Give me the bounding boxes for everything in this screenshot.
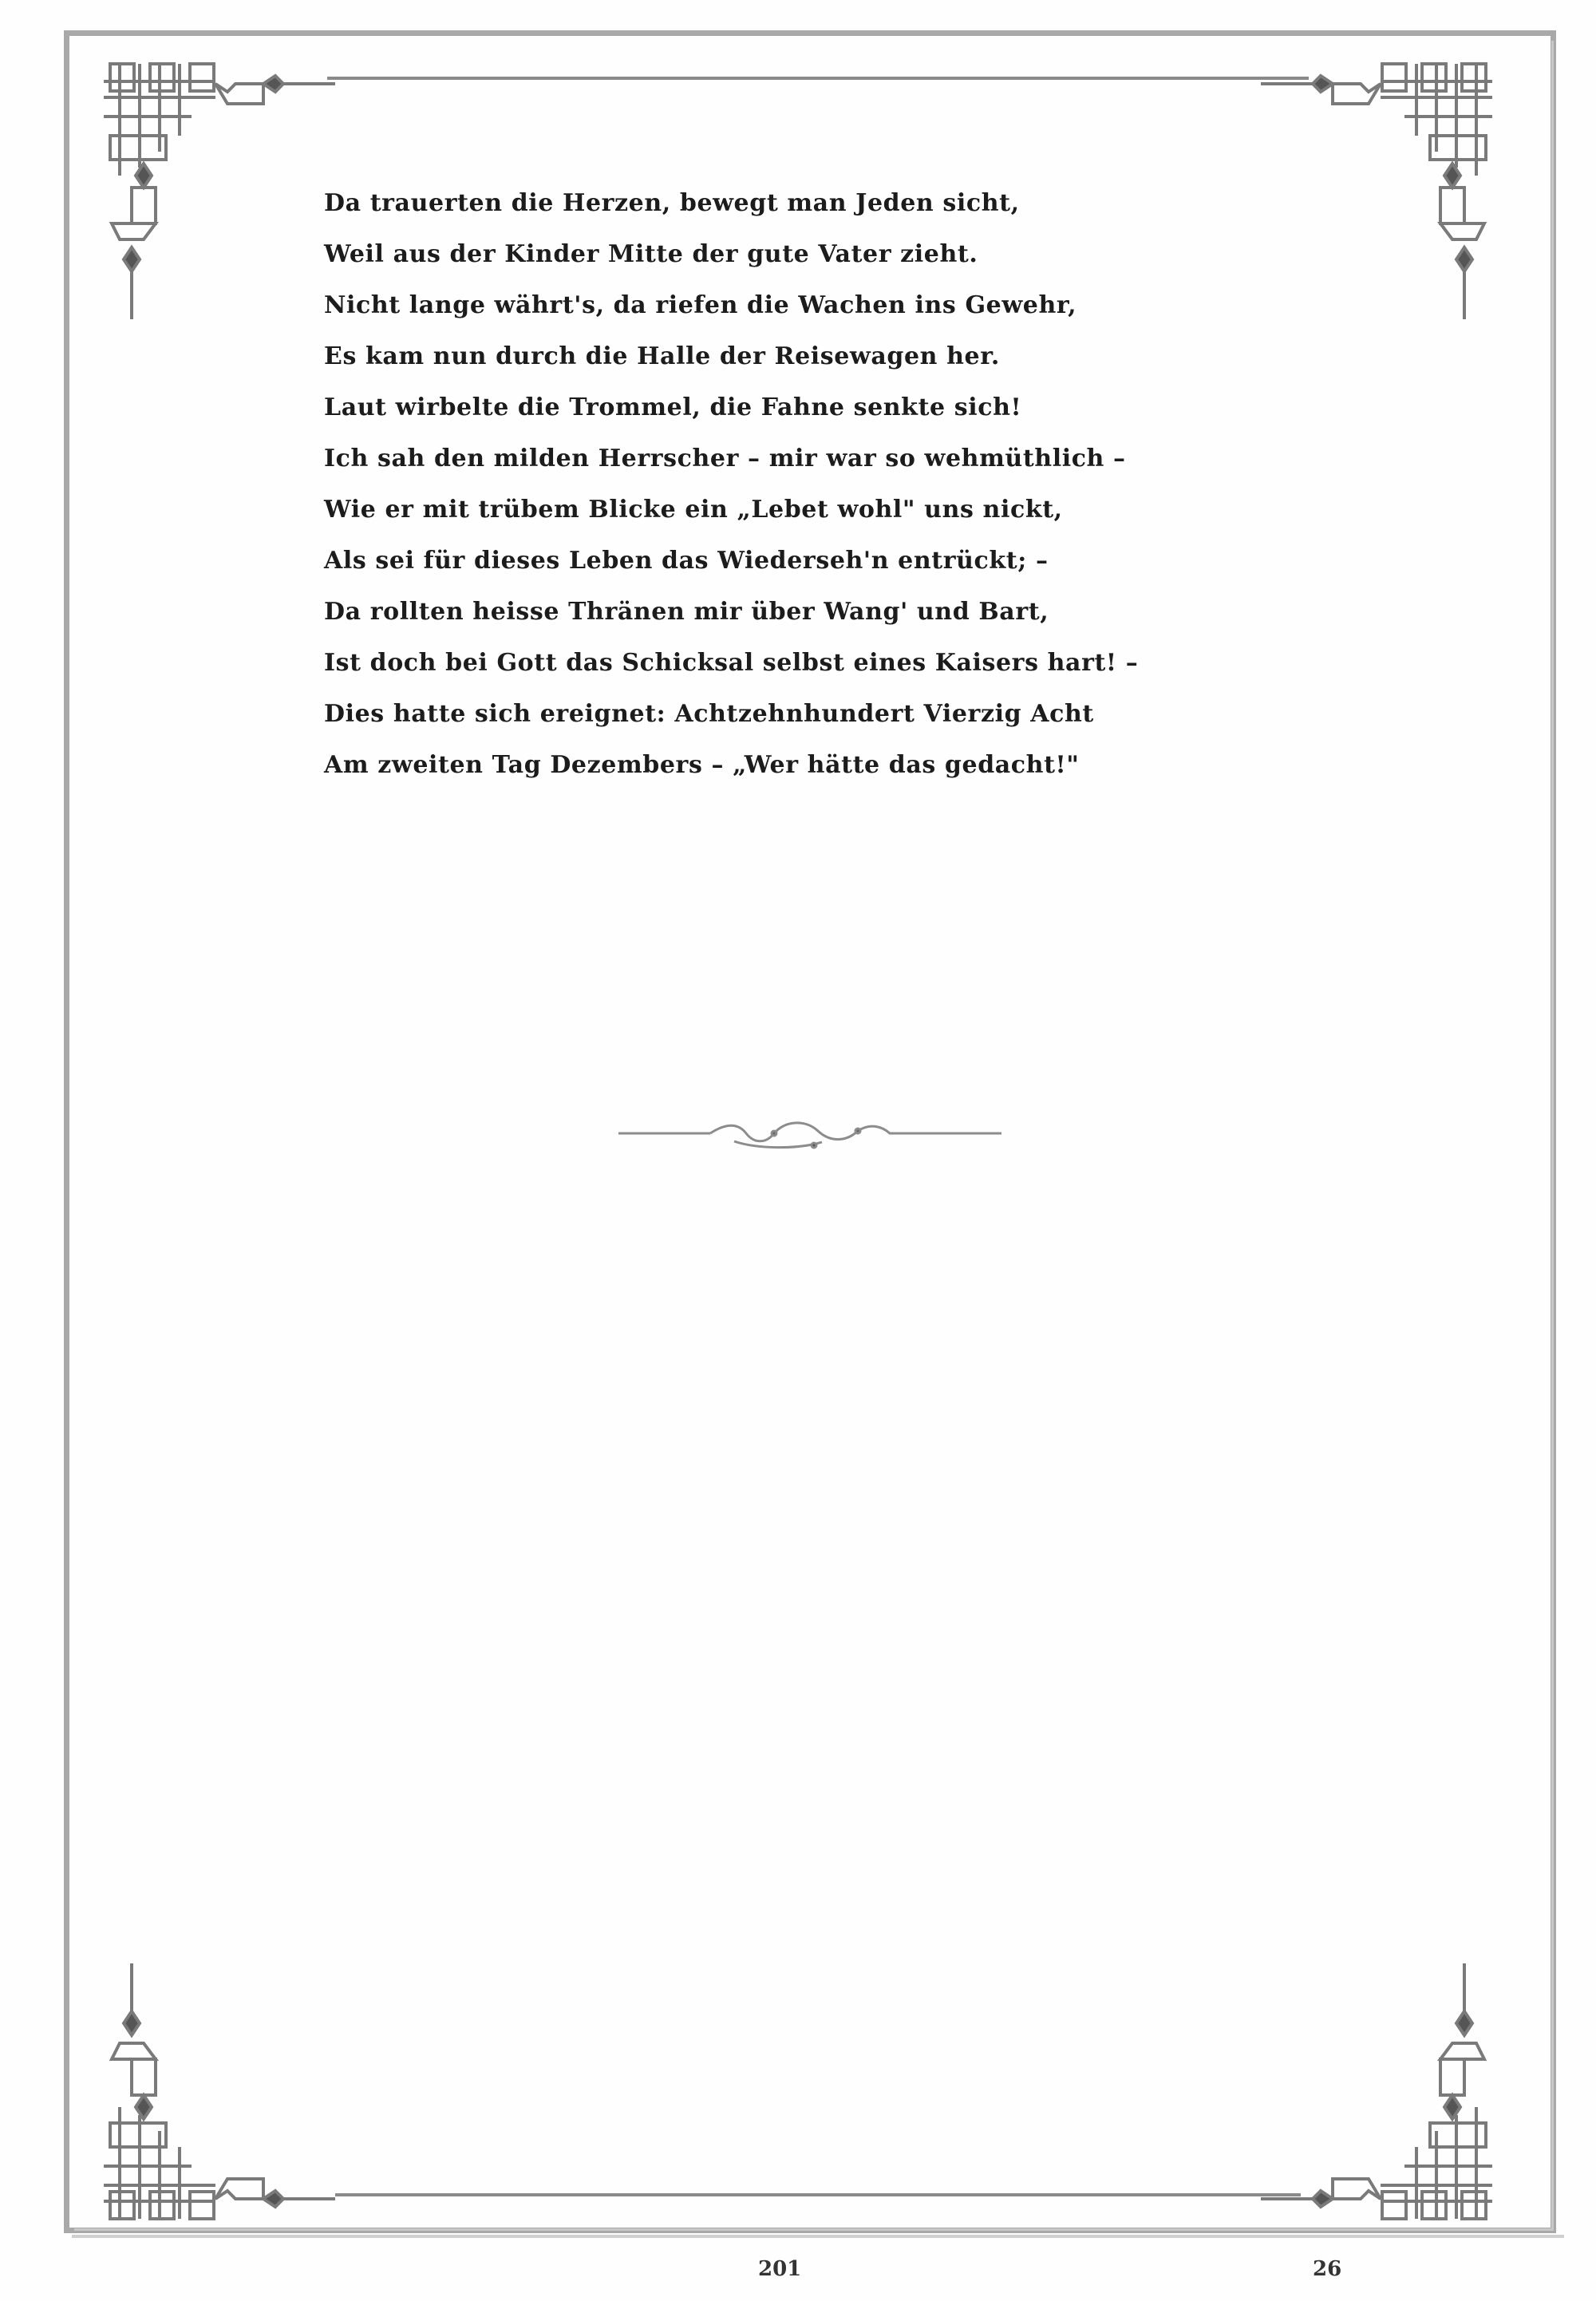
poem-line: Wie er mit trübem Blicke ein „Lebet wohl…	[324, 492, 1401, 543]
page-border-shadow	[72, 2235, 1564, 2238]
poem-line: Ich sah den milden Herrscher – mir war s…	[324, 441, 1401, 492]
poem-line: Es kam nun durch die Halle der Reisewage…	[324, 338, 1401, 389]
corner-ornament-bottom-right-icon	[1261, 1963, 1500, 2227]
poem-line: Am zweiten Tag Dezembers – „Wer hätte da…	[324, 747, 1401, 798]
poem-line: Da trauerten die Herzen, bewegt man Jede…	[324, 185, 1401, 236]
poem-line: Als sei für dieses Leben das Wiederseh'n…	[324, 543, 1401, 594]
poem-line: Dies hatte sich ereignet: Achtzehnhunder…	[324, 696, 1401, 747]
poem-line: Laut wirbelte die Trommel, die Fahne sen…	[324, 389, 1401, 441]
flourish-divider-icon	[614, 1113, 1005, 1153]
poem-line: Ist doch bei Gott das Schicksal selbst e…	[324, 645, 1401, 696]
poem-line: Nicht lange währt's, da riefen die Wache…	[324, 287, 1401, 338]
poem-stanza: Da trauerten die Herzen, bewegt man Jede…	[324, 185, 1401, 798]
poem-line: Weil aus der Kinder Mitte der gute Vater…	[324, 236, 1401, 287]
poem-line: Da rollten heisse Thränen mir über Wang'…	[324, 594, 1401, 645]
book-page: Da trauerten die Herzen, bewegt man Jede…	[0, 0, 1596, 2301]
top-ornamental-rule	[327, 77, 1309, 80]
bottom-ornamental-rule	[335, 2193, 1301, 2196]
corner-ornament-top-left-icon	[96, 56, 335, 319]
page-number-right: 26	[1313, 2257, 1341, 2281]
corner-ornament-bottom-left-icon	[96, 1963, 335, 2227]
page-number-left: 201	[758, 2257, 801, 2281]
